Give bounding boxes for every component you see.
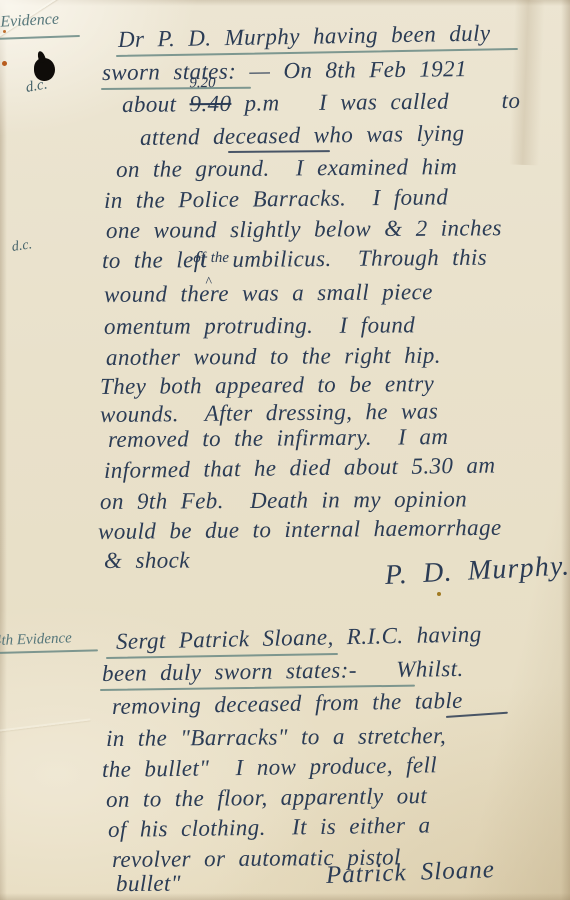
margin-note-evidence-1: rdEvidence [0, 8, 59, 32]
margin-note-label: Evidence [0, 11, 59, 31]
handwriting-line: wound there was a small piece [104, 280, 433, 306]
handwriting-line: They both appeared to be entry [100, 372, 434, 398]
underline-stroke [101, 87, 251, 90]
handwriting-line: removed to the infirmary. I am [108, 425, 449, 451]
handwriting-line: another wound to the right hip. [106, 344, 441, 369]
handwriting-line: on to the floor, apparently out [106, 784, 428, 811]
handwriting-line-insert: to the left^of the umbilicus. Through th… [102, 246, 487, 272]
handwriting-line: in the Police Barracks. I found [104, 185, 448, 212]
line-text: umbilicus. Through this [219, 245, 487, 272]
line-text: — On 8th Feb 1921 [236, 56, 467, 83]
line-text: p.m I was called to [231, 88, 520, 116]
ink-speck [437, 592, 441, 596]
line-text: about [122, 91, 190, 117]
underline-stroke [228, 150, 330, 153]
inserted-text: of the [193, 251, 229, 266]
struck-time: 9.40 [189, 91, 231, 116]
paper-crease [0, 718, 90, 732]
line-text: Whilst. [357, 656, 464, 682]
handwriting-line: sworn states: — On 8th Feb 1921 [102, 57, 467, 84]
time-correction: 9.209.40 [189, 92, 231, 115]
underlined-phrase: been duly sworn states:- [102, 657, 357, 686]
handwriting-line: informed that he died about 5.30 am [104, 454, 496, 482]
examiner-initials-2: d.c. [11, 237, 33, 256]
handwriting-line: would be due to internal haemorrhage [98, 516, 502, 543]
handwriting-line: the bullet" I now produce, fell [102, 753, 437, 781]
handwriting-line: removing deceased from the table [112, 689, 463, 718]
handwriting-line: bullet" [116, 872, 181, 895]
corrected-time: 9.20 [189, 76, 215, 91]
underline-stroke [0, 649, 98, 654]
witness-signature-murphy: P. D. Murphy. [384, 552, 570, 590]
handwriting-line: Dr P. D. Murphy having been duly [118, 22, 491, 51]
handwriting-line: one wound slightly below & 2 inches [106, 216, 502, 242]
examiner-initials-1: d.c. [25, 76, 49, 97]
handwriting-line: been duly sworn states:- Whilst. [102, 657, 464, 685]
handwriting-line: & shock [104, 549, 190, 572]
handwriting-line: on the ground. I examined him [116, 155, 457, 181]
handwriting-line: in the "Barracks" to a stretcher, [106, 724, 446, 750]
paper-fold-shadow [509, 0, 545, 165]
underlined-phrase: sworn states: [102, 59, 237, 85]
underline-stroke [0, 35, 80, 40]
handwriting-line: of his clothing. It is either a [108, 813, 431, 840]
handwriting-line: omentum protruding. I found [104, 313, 415, 338]
document-page: rdEvidence d.c. d.c. 4th Evidence Dr P. … [0, 0, 570, 900]
handwriting-line: on 9th Feb. Death in my opinion [100, 487, 467, 513]
witness-signature-sloane: Patrick Sloane [326, 857, 496, 888]
margin-note-evidence-2: 4th Evidence [0, 630, 72, 650]
handwriting-line: wounds. After dressing, he was [100, 399, 438, 426]
ink-speck [2, 61, 7, 66]
handwriting-line: attend deceased who was lying [140, 121, 465, 149]
line-text: to the left [102, 247, 207, 273]
handwriting-line-time: about 9.209.40 p.m I was called to [122, 89, 521, 116]
handwriting-line: Sergt Patrick Sloane, R.I.C. having [116, 622, 482, 653]
